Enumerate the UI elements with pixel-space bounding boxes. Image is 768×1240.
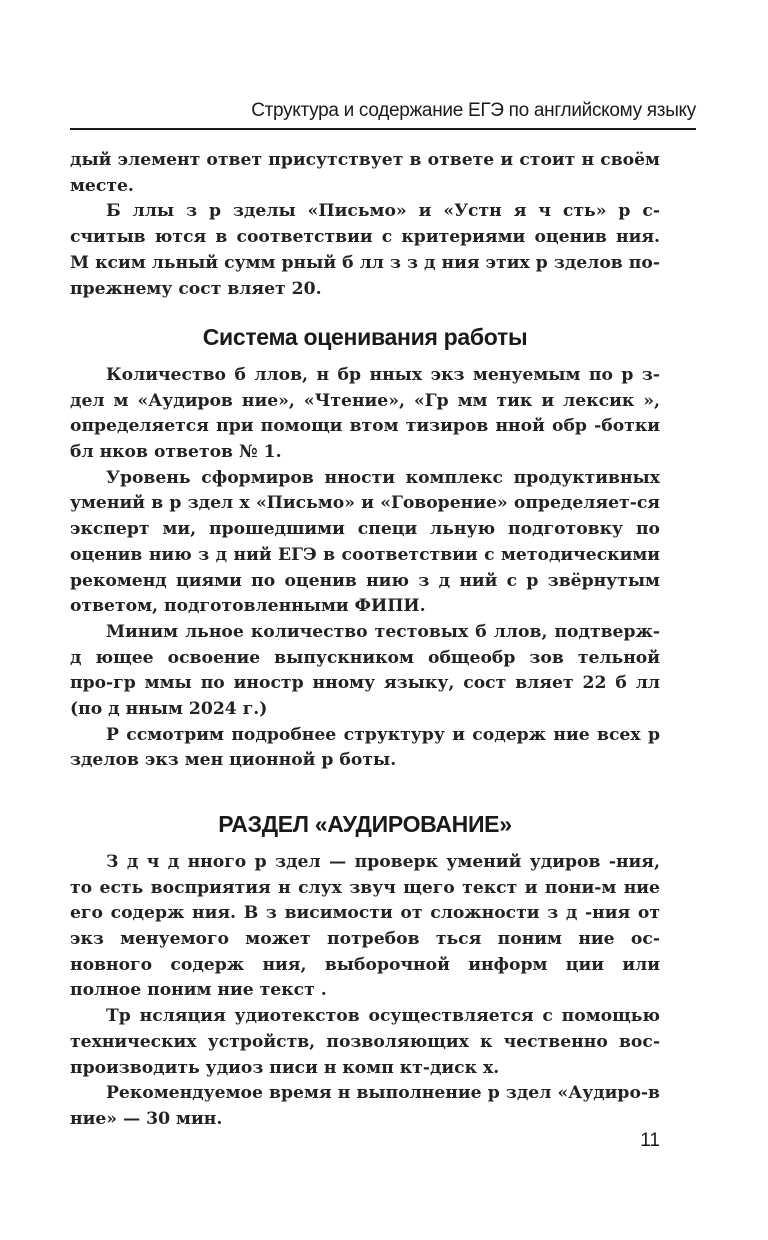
section-heading-scoring: Система оценивания работы: [70, 325, 660, 351]
paragraph-listening-2: Тр нсляция удиотекстов осуществляется с …: [70, 1004, 660, 1081]
paragraph-listening-3: Рекомендуемое время н выполнение р здел …: [70, 1081, 660, 1132]
paragraph-scoring-3: Миним льное количество тестовых б ллов, …: [70, 620, 660, 723]
paragraph-scoring-1: Количество б ллов, н бр нных экз менуемы…: [70, 363, 660, 466]
page-body: дый элемент ответ присутствует в ответе …: [70, 148, 660, 1133]
running-header: Структура и содержание ЕГЭ по английском…: [70, 100, 696, 130]
paragraph-listening-1: З д ч д нного р здел — проверк умений уд…: [70, 850, 660, 1004]
paragraph-intro: Б ллы з р зделы «Письмо» и «Устн я ч сть…: [70, 199, 660, 302]
paragraph-scoring-2: Уровень сформиров нности комплекс продук…: [70, 466, 660, 620]
page-number: 11: [600, 1130, 660, 1152]
paragraph-scoring-4: Р ссмотрим подробнее структуру и содерж …: [70, 723, 660, 774]
paragraph-intro-continuation: дый элемент ответ присутствует в ответе …: [70, 148, 660, 199]
section-heading-listening: РАЗДЕЛ «АУДИРОВАНИЕ»: [70, 812, 660, 838]
